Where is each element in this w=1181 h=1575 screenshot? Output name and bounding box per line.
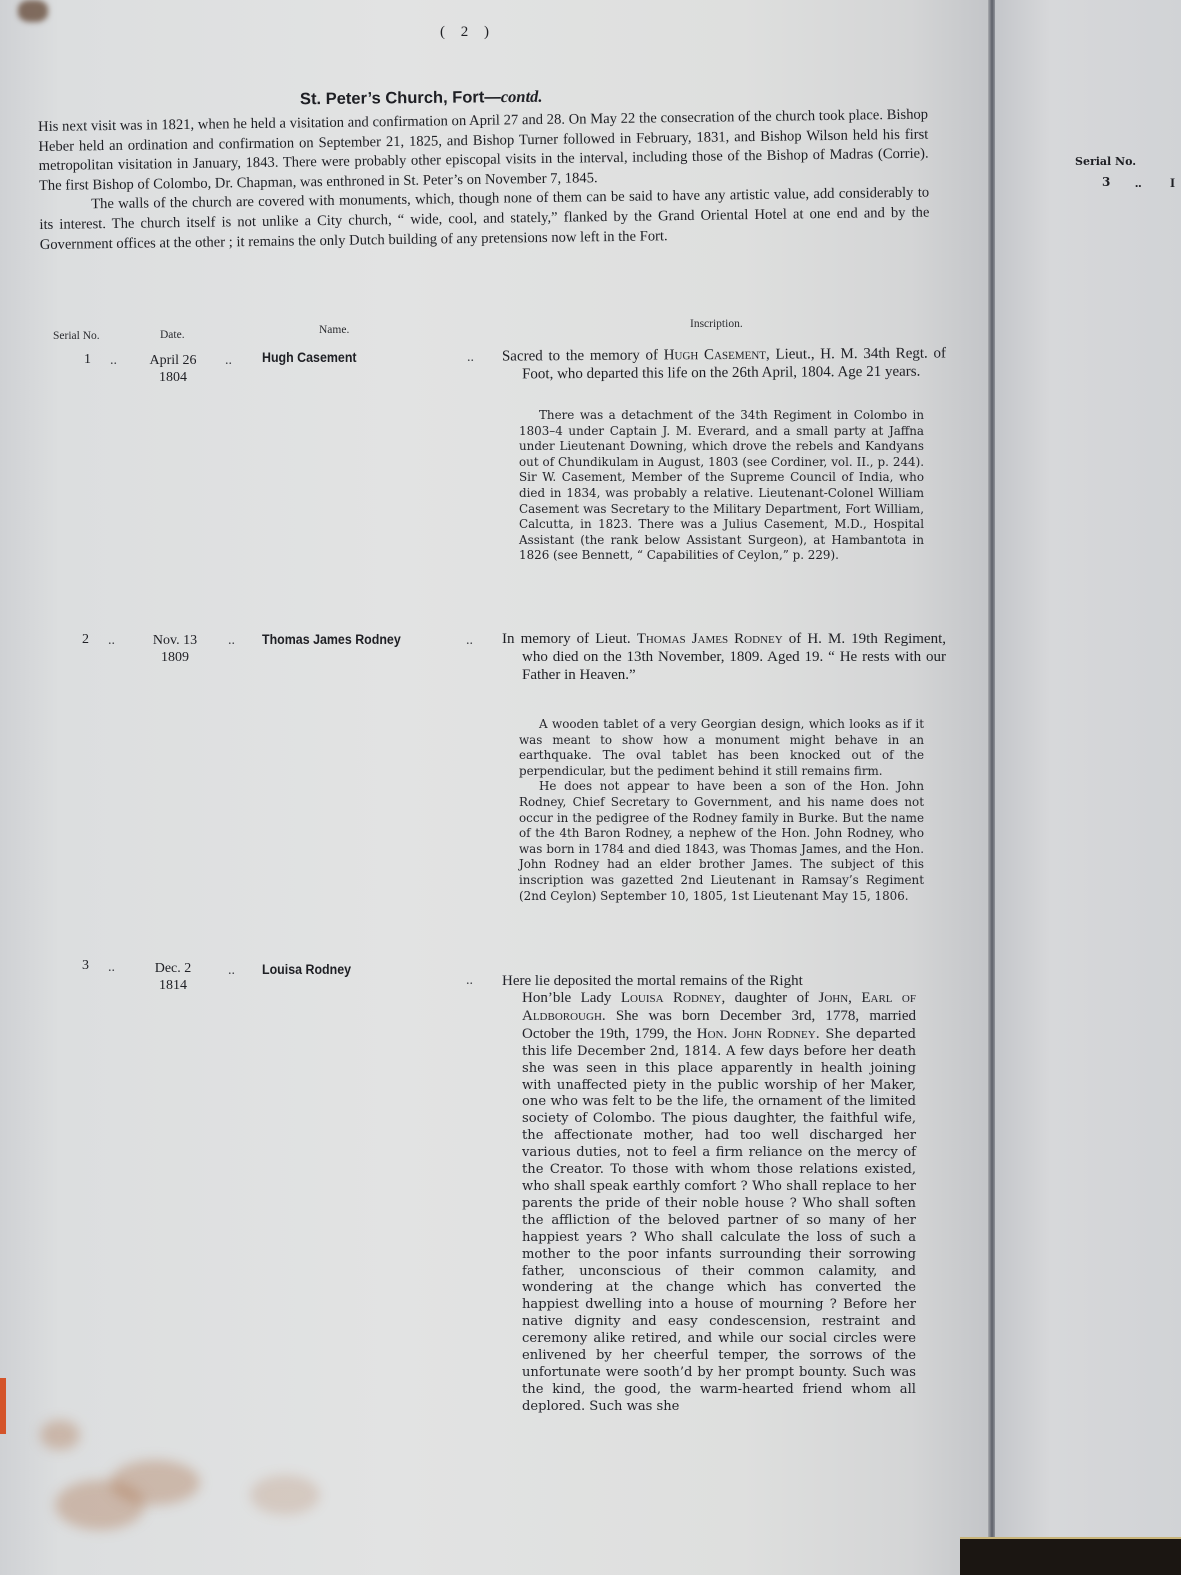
leader-dots: .. bbox=[466, 633, 473, 649]
heading-contd: contd. bbox=[501, 87, 543, 106]
leader-dots: .. bbox=[225, 353, 232, 369]
next-page-cut-text: I bbox=[1170, 175, 1175, 191]
entry-serial: 3 bbox=[82, 958, 89, 974]
column-header-inscription: Inscription. bbox=[690, 318, 743, 330]
page-bottom-shadow bbox=[960, 1537, 1181, 1575]
intro-text: His next visit was in 1821, when he held… bbox=[38, 106, 930, 256]
date-day: Dec. 2 bbox=[138, 960, 208, 977]
entry-name: Louisa Rodney bbox=[262, 962, 351, 977]
inscription-husband: Hon. John Rodney bbox=[697, 1026, 816, 1042]
leader-dots: .. bbox=[467, 350, 474, 366]
date-day: April 26 bbox=[138, 352, 208, 369]
date-year: 1809 bbox=[140, 649, 210, 666]
heading-title: St. Peter’s Church, Fort— bbox=[300, 88, 501, 108]
leader-dots: .. bbox=[110, 353, 117, 369]
intro-paragraph: His next visit was in 1821, when he held… bbox=[38, 106, 929, 197]
stain bbox=[110, 1460, 200, 1505]
date-year: 1804 bbox=[138, 369, 208, 386]
inscription-text: Here lie deposited the mortal remains of… bbox=[502, 973, 916, 1416]
column-header-date: Date. bbox=[160, 329, 185, 341]
date-day: Nov. 13 bbox=[140, 632, 210, 649]
entry-serial: 1 bbox=[84, 352, 91, 368]
leader-dots: .. bbox=[108, 960, 115, 976]
stain bbox=[40, 1420, 80, 1450]
entry-date: Dec. 2 1814 bbox=[138, 960, 208, 994]
intro-paragraph: The walls of the church are covered with… bbox=[39, 184, 930, 255]
inscription-text: In memory of Lieut. Thomas James Rodney … bbox=[502, 630, 946, 685]
date-year: 1814 bbox=[138, 977, 208, 994]
entry-date: Nov. 13 1809 bbox=[140, 632, 210, 666]
leader-dots: .. bbox=[228, 963, 235, 979]
column-header-name: Name. bbox=[319, 324, 349, 336]
leader-dots: .. bbox=[108, 633, 115, 649]
column-header-serial: Serial No. bbox=[53, 330, 100, 342]
historical-note: There was a detachment of the 34th Regim… bbox=[519, 408, 924, 564]
next-page-serial: 3 bbox=[1102, 175, 1110, 189]
book-page-right bbox=[995, 0, 1181, 1540]
next-page-serial-header: Serial No. bbox=[1075, 155, 1136, 168]
corner-stain bbox=[18, 0, 48, 22]
inscription-name: Louisa Rodney bbox=[621, 990, 722, 1006]
entry-name: Hugh Casement bbox=[262, 350, 357, 365]
inscription-name: Thomas James Rodney bbox=[637, 631, 783, 647]
page-number: ( 2 ) bbox=[440, 24, 495, 41]
entry-date: April 26 1804 bbox=[138, 352, 208, 386]
section-heading: St. Peter’s Church, Fort—contd. bbox=[300, 87, 543, 110]
leader-dots: .. bbox=[228, 633, 235, 649]
historical-note: A wooden tablet of a very Georgian desig… bbox=[519, 717, 924, 904]
entry-serial: 2 bbox=[82, 632, 89, 648]
inscription-text: Sacred to the memory of Hugh Casement, L… bbox=[502, 344, 946, 384]
leader-dots: .. bbox=[466, 973, 473, 989]
inscription-name: Hugh Casement bbox=[664, 347, 766, 364]
red-bookmark-tab bbox=[0, 1378, 6, 1434]
stain bbox=[250, 1475, 320, 1515]
next-page-dots: .. bbox=[1135, 175, 1142, 191]
entry-name: Thomas James Rodney bbox=[262, 632, 401, 647]
